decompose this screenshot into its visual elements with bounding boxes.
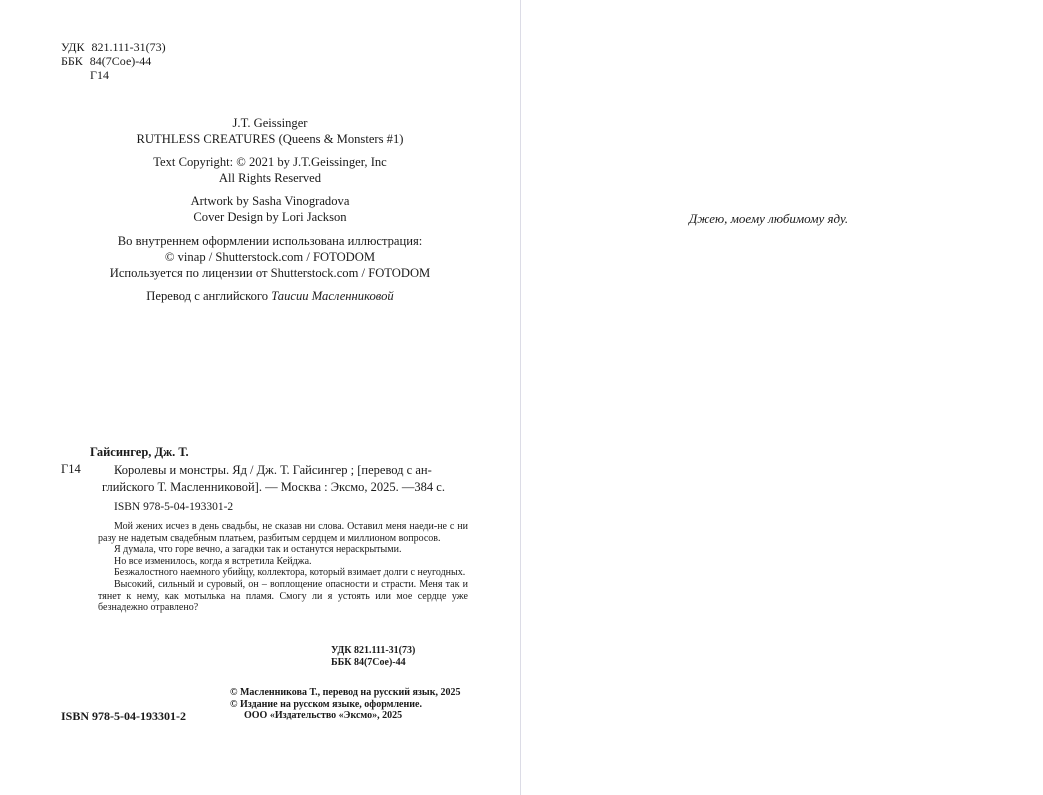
annotation-bbk: ББК 84(7Сое)-44 [331,657,415,669]
annotation-paragraph: Высокий, сильный и суровый, он – воплоще… [98,579,468,614]
annotation-codes: УДК 821.111-31(73) ББК 84(7Сое)-44 [331,645,415,669]
cover-credit: Cover Design by Lori Jackson [60,209,480,225]
dedication: Джею, моему любимому яду. [689,211,848,227]
footer-copyright: © Масленникова Т., перевод на русский яз… [230,687,460,722]
copyright-edition: © Издание на русском языке, оформление. [230,699,460,711]
catalog-entry: Королевы и монстры. Яд / Дж. Т. Гайсинге… [114,462,468,496]
original-title: RUTHLESS CREATURES (Queens & Monsters #1… [60,131,480,147]
license-note: Используется по лицензии от Shutterstock… [60,265,480,281]
annotation-udk: УДК 821.111-31(73) [331,645,415,657]
credits-author-title: J.T. Geissinger RUTHLESS CREATURES (Quee… [60,115,480,147]
right-page: Джею, моему любимому яду. [521,0,1043,795]
udk-value: 821.111-31(73) [91,40,165,54]
rights-reserved: All Rights Reserved [60,170,480,186]
artwork-credit: Artwork by Sasha Vinogradova [60,193,480,209]
footer-isbn: ISBN 978-5-04-193301-2 [61,709,186,724]
translation-prefix: Перевод с английского [146,289,268,303]
catalog-entry-line2: глийского Т. Масленниковой]. — Москва : … [102,479,468,496]
bbk-line: ББК 84(7Сое)-44 [61,54,151,68]
credits-design: Artwork by Sasha Vinogradova Cover Desig… [60,193,480,225]
annotation-paragraph: Безжалостного наемного убийцу, коллектор… [98,567,468,579]
original-author: J.T. Geissinger [60,115,480,131]
illustration-source: © vinap / Shutterstock.com / FOTODOM [60,249,480,265]
udk-label: УДК [61,40,84,54]
translation-credit: Перевод с английского Таисии Масленников… [60,288,480,304]
copyright-translation: © Масленникова Т., перевод на русский яз… [230,687,460,699]
credits-copyright: Text Copyright: © 2021 by J.T.Geissinger… [60,154,480,186]
left-page: УДК 821.111-31(73) ББК 84(7Сое)-44 Г14 J… [0,0,520,795]
annotation-paragraph: Я думала, что горе вечно, а загадки так … [98,544,468,556]
catalog-isbn: ISBN 978-5-04-193301-2 [114,501,233,513]
catalog-author-heading: Гайсингер, Дж. Т. [90,445,189,460]
annotation: Мой жених исчез в день свадьбы, не сказа… [98,521,468,614]
catalog-entry-line1: Королевы и монстры. Яд / Дж. Т. Гайсинге… [114,462,468,479]
credits-illustration: Во внутреннем оформлении использована ил… [60,233,480,281]
udk-line: УДК 821.111-31(73) [61,40,166,54]
catalog-author-mark: Г14 [61,462,81,477]
author-mark: Г14 [90,68,109,82]
translator-name: Таисии Масленниковой [271,289,393,303]
bbk-value: 84(7Сое)-44 [90,54,151,68]
annotation-paragraph: Мой жених исчез в день свадьбы, не сказа… [98,521,468,544]
bbk-label: ББК [61,54,83,68]
text-copyright: Text Copyright: © 2021 by J.T.Geissinger… [60,154,480,170]
annotation-paragraph: Но все изменилось, когда я встретила Кей… [98,556,468,568]
illustration-note: Во внутреннем оформлении использована ил… [60,233,480,249]
copyright-publisher: ООО «Издательство «Эксмо», 2025 [230,710,460,722]
